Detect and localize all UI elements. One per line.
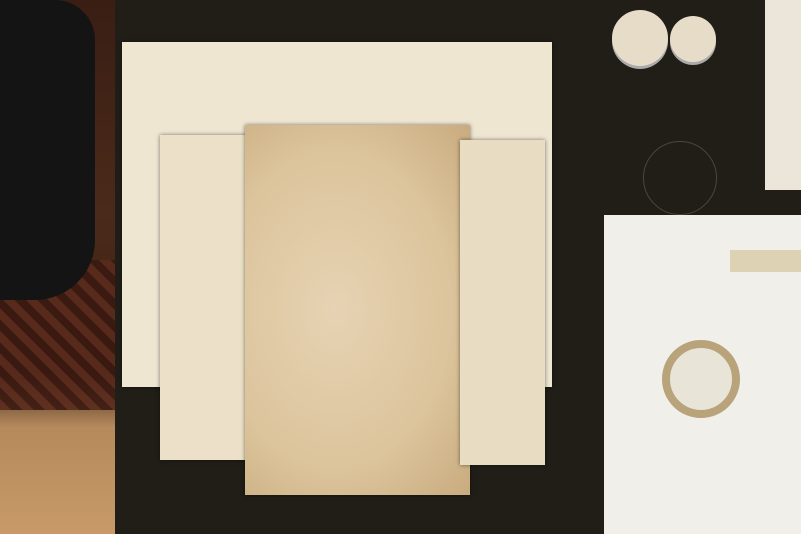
document-left-panel: [160, 135, 252, 460]
document-right-panel: [460, 140, 545, 465]
booklet: [765, 0, 801, 190]
document-center-panel: [245, 125, 470, 495]
glass-ruler: [730, 250, 801, 272]
film-canister: [670, 16, 716, 62]
film-canister: [612, 10, 668, 66]
glass-ring: [662, 340, 740, 418]
circle-mark: [643, 141, 717, 215]
person-leg: [0, 0, 95, 300]
